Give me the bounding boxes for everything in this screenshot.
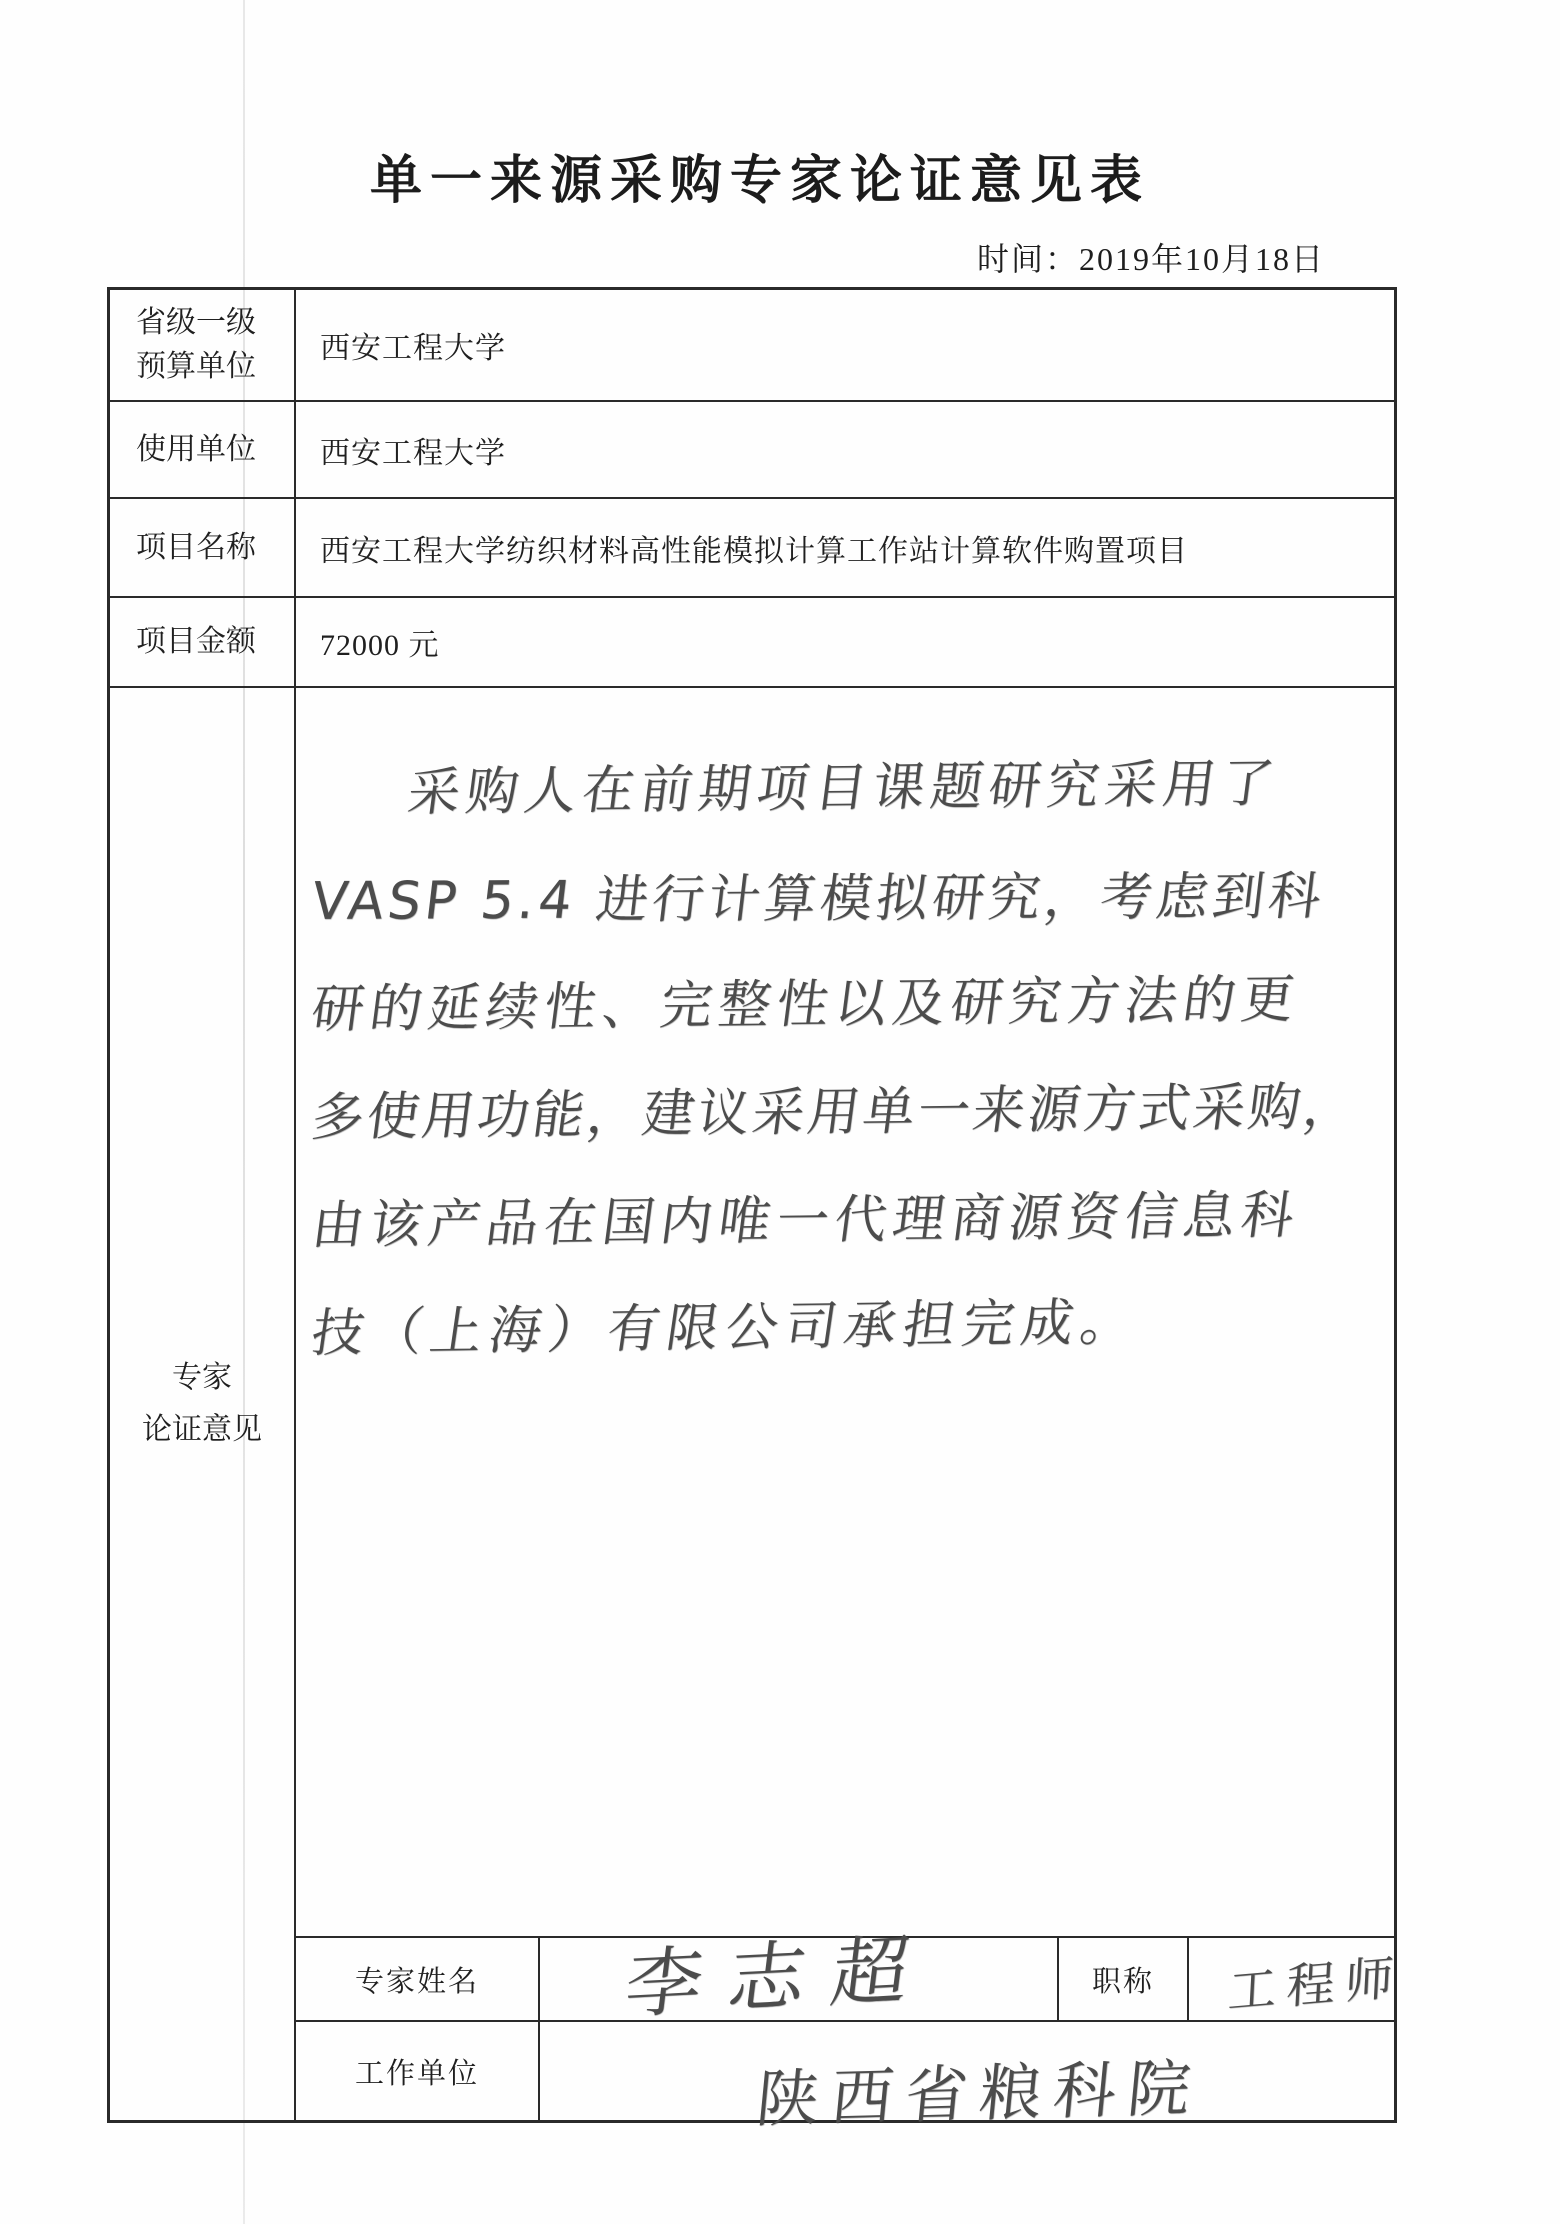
expert-opinion-label-line1: 专家 (172, 1352, 232, 1404)
job-title-label: 职称 (1057, 1938, 1187, 2020)
row-budget-unit: 省级一级 预算单位 西安工程大学 (110, 290, 1394, 400)
expert-name-signature-cell: 李志超 (538, 1938, 1057, 2020)
project-name-label: 项目名称 (110, 499, 296, 596)
row-using-unit: 使用单位 西安工程大学 (110, 400, 1394, 497)
expert-opinion-body: 采购人在前期项目课题研究采用了 VASP 5.4 进行计算模拟研究，考虑到科 研… (296, 688, 1394, 2120)
work-unit-label-text: 工作单位 (355, 2051, 479, 2092)
job-title-handwritten-value: 工程师 (1226, 1939, 1405, 2023)
budget-unit-label-line2: 预算单位 (136, 345, 294, 389)
project-name-value: 西安工程大学纺织材料高性能模拟计算工作站计算软件购置项目 (296, 499, 1394, 596)
form-title: 单一来源采购专家论证意见表 (0, 138, 1520, 213)
handwritten-line-1: 采购人在前期项目课题研究采用了 (305, 729, 1383, 848)
handwritten-line-5: 由该产品在国内唯一代理商源资信息科 (305, 1161, 1383, 1280)
budget-unit-value: 西安工程大学 (296, 290, 1394, 400)
expert-opinion-label-line2: 论证意见 (142, 1404, 262, 1456)
expert-name-label: 专家姓名 (296, 1938, 538, 2020)
handwritten-line-6: 技（上海）有限公司承担完成。 (304, 1265, 1384, 1388)
work-unit-value-cell: 陕西省粮科院 (538, 2022, 1394, 2120)
row-project-name: 项目名称 西安工程大学纺织材料高性能模拟计算工作站计算软件购置项目 (110, 497, 1394, 596)
budget-unit-label-line1: 省级一级 (136, 301, 294, 345)
expert-name-label-text: 专家姓名 (355, 1959, 479, 2000)
scanned-form-page: 单一来源采购专家论证意见表 时间：2019年10月18日 省级一级 预算单位 西… (0, 0, 1560, 2224)
row-work-unit: 工作单位 陕西省粮科院 (296, 2020, 1394, 2120)
form-table: 省级一级 预算单位 西安工程大学 使用单位 西安工程大学 项目名称 西安工程大学… (107, 287, 1397, 2123)
handwritten-line-3: 研的延续性、完整性以及研究方法的更 (305, 945, 1383, 1064)
form-date: 时间：2019年10月18日 (977, 234, 1325, 280)
project-name-label-text: 项目名称 (136, 526, 294, 570)
project-amount-label: 项目金额 (110, 598, 296, 686)
expert-opinion-handwriting: 采购人在前期项目课题研究采用了 VASP 5.4 进行计算模拟研究，考虑到科 研… (296, 688, 1394, 1936)
job-title-label-text: 职称 (1092, 1959, 1154, 2000)
row-expert-opinion: 专家 论证意见 采购人在前期项目课题研究采用了 VASP 5.4 进行计算模拟研… (110, 686, 1394, 2120)
expert-opinion-label: 专家 论证意见 (110, 688, 296, 2120)
handwritten-line-4: 多使用功能，建议采用单一来源方式采购， (305, 1053, 1383, 1172)
using-unit-label-text: 使用单位 (136, 428, 294, 472)
expert-name-signature: 李志超 (620, 1908, 942, 2033)
job-title-value-cell: 工程师 (1187, 1938, 1394, 2020)
using-unit-value: 西安工程大学 (296, 402, 1394, 497)
row-expert-name: 专家姓名 李志超 职称 工程师 (296, 1936, 1394, 2020)
project-amount-label-text: 项目金额 (136, 620, 294, 664)
using-unit-label: 使用单位 (110, 402, 296, 497)
handwritten-line-2: VASP 5.4 进行计算模拟研究，考虑到科 (306, 842, 1381, 956)
project-amount-value: 72000 元 (296, 598, 1394, 686)
row-project-amount: 项目金额 72000 元 (110, 596, 1394, 686)
work-unit-handwritten-value: 陕西省粮科院 (753, 2038, 1207, 2139)
budget-unit-label: 省级一级 预算单位 (110, 290, 296, 400)
work-unit-label: 工作单位 (296, 2022, 538, 2120)
